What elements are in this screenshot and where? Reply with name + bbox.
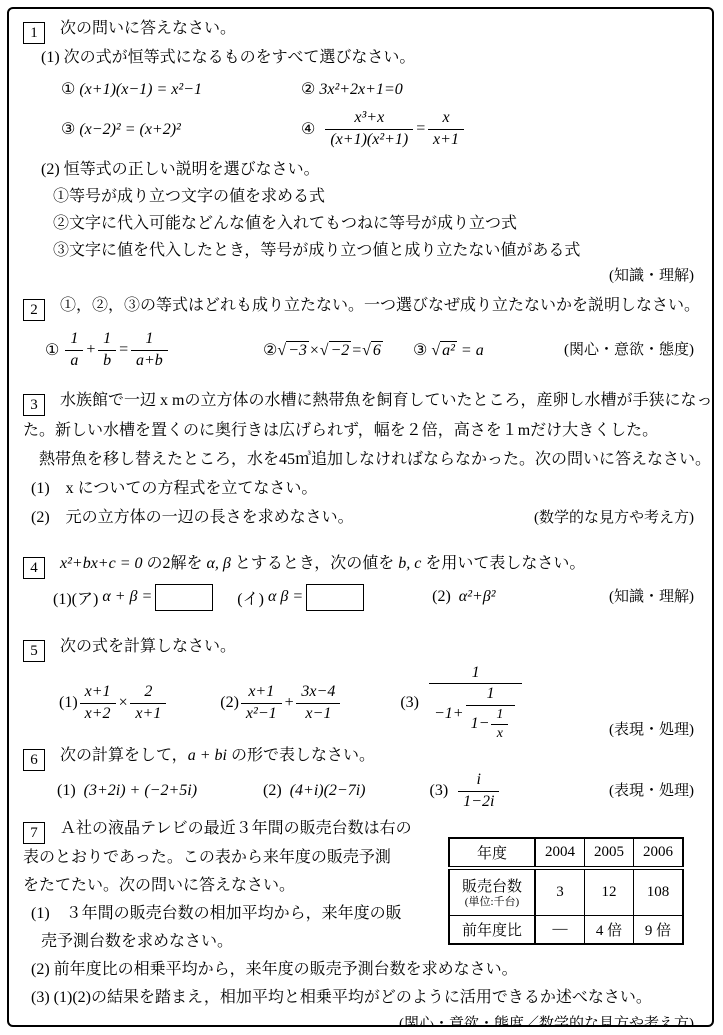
cell-2005-ratio: 4 倍 <box>585 916 634 945</box>
equation-5-3: (3) 1 −1+ 1 1− 1x <box>400 664 524 742</box>
problem-3-question-1: (1) x についての方程式を立てなさい。 <box>23 474 698 503</box>
problem-1-option-2: ②文字に代入可能などんな値を入れてもつねに等号が成り立つ式 <box>23 210 698 237</box>
table-header-2006: 2006 <box>634 838 684 868</box>
row-label-yoy-ratio: 前年度比 <box>449 916 535 945</box>
equation-2-2: ②√−3×√−2=√6 <box>263 340 413 360</box>
problem-5-title: 次の式を計算しなさい。 <box>60 638 236 655</box>
equation-1-1: ① (x+1)(x−1) = x²−1 <box>61 79 301 99</box>
problem-1-heading: 1 次の問いに答えなさい。 <box>23 15 698 44</box>
problem-2: 2 ①，②，③の等式はどれも成り立たない。一つ選びなぜ成り立たないかを説明しなさ… <box>23 292 698 377</box>
problem-3-question-2: (2) 元の立方体の一辺の長さを求めなさい。 <box>23 503 354 532</box>
grading-tag-3: (数学的な見方や考え方) <box>534 506 698 530</box>
problem-1-equation-row-1: ① (x+1)(x−1) = x²−1 ② 3x²+2x+1=0 <box>23 75 698 102</box>
problem-7-question-2: (2) 前年度比の相乗平均から，来年度の販売予測台数を求めなさい。 <box>23 956 698 984</box>
problem-7-question-3: (3) (1)(2)の結果を踏まえ，相加平均と相乗平均がどのように活用できるか述… <box>23 984 698 1012</box>
equation-2-1: ① 1a + 1b = 1a+b <box>45 330 263 370</box>
problem-5-heading: 5 次の式を計算しなさい。 <box>23 633 698 662</box>
problem-2-equation-row: ① 1a + 1b = 1a+b ②√−3×√−2=√6 ③ √a² = a (… <box>23 323 698 377</box>
row-label-units-sold: 販売台数 (単位:千台) <box>449 868 535 916</box>
grading-tag-6: (表現・処理) <box>609 779 698 803</box>
problem-3-question-2-row: (2) 元の立方体の一辺の長さを求めなさい。 (数学的な見方や考え方) <box>23 503 698 532</box>
problem-6-equation-row: (1) (3+2i) + (−2+5i) (2) (4+i)(2−7i) (3)… <box>23 771 698 811</box>
problem-2-number-box: 2 <box>23 299 45 321</box>
problem-2-heading: 2 ①，②，③の等式はどれも成り立たない。一つ選びなぜ成り立たないかを説明しなさ… <box>23 292 698 321</box>
cell-2006-ratio: 9 倍 <box>634 916 684 945</box>
table-row-yoy-ratio: 前年度比 ― 4 倍 9 倍 <box>449 916 683 945</box>
problem-4-answer-row: (1)(ア) α + β = (イ) α β = (2) α²+β² (知識・理… <box>23 579 698 615</box>
problem-6-heading: 6 次の計算をして，a + bi の形で表しなさい。 <box>23 742 698 771</box>
equation-5-2: (2) x+1x²−1 + 3x−4x−1 <box>220 683 342 723</box>
problem-1-option-3: ③文字に値を代入したとき，等号が成り立つ値と成り立たない値がある式 <box>23 237 698 264</box>
cell-2004-ratio: ― <box>535 916 585 945</box>
grading-tag-4: (知識・理解) <box>609 585 698 609</box>
equation-2-3: ③ √a² = a <box>413 340 484 360</box>
problem-3-line-2: た。新しい水槽を置くのに奥行きは広げられず，幅を２倍，高さを１mだけ大きくした。 <box>23 416 698 445</box>
table-header-2004: 2004 <box>535 838 585 868</box>
equation-1-3: ③ (x−2)² = (x+2)² <box>61 119 301 139</box>
answer-box-1 <box>155 584 213 611</box>
problem-6: 6 次の計算をして，a + bi の形で表しなさい。 (1) (3+2i) + … <box>23 742 698 811</box>
fraction-lhs: x³+x (x+1)(x²+1) <box>325 109 413 149</box>
grading-tag-7: (関心・意欲・態度／数学的な見方や考え方) <box>23 1012 698 1027</box>
equation-5-1: (1) x+1x+2 × 2x+1 <box>59 683 168 723</box>
fraction-rhs: x x+1 <box>428 109 464 149</box>
problem-1-equation-row-2: ③ (x−2)² = (x+2)² ④ x³+x (x+1)(x²+1) = x… <box>23 102 698 156</box>
grading-tag-2: (関心・意欲・態度) <box>564 338 698 362</box>
problem-5: 5 次の式を計算しなさい。 (1) x+1x+2 × 2x+1 (2) x+1x… <box>23 633 698 742</box>
equation-6-1: (1) (3+2i) + (−2+5i) <box>57 782 197 800</box>
problem-7-number-box: 7 <box>23 822 45 844</box>
problem-3-line-1: 水族館で一辺 x mの立方体の水槽に熱帯魚を飼育していたところ，産卵し水槽が手狭… <box>60 392 712 409</box>
worksheet-page: 1 次の問いに答えなさい。 (1) 次の式が恒等式になるものをすべて選びなさい。… <box>7 7 714 1027</box>
problem-3-line-3: 熱帯魚を移し替えたところ，水を45㎥追加しなければならなかった。次の問いに答えな… <box>23 445 698 474</box>
problem-4-heading: 4 x²+bx+c = 0 の2解を α, β とするとき，次の値を b, c … <box>23 550 698 579</box>
grading-tag-1: (知識・理解) <box>23 264 698 288</box>
sales-table: 年度 2004 2005 2006 販売台数 (単位:千台) 3 12 108 … <box>448 837 684 945</box>
problem-7-line-1: Ａ社の液晶テレビの最近３年間の販売台数は右の <box>60 820 412 837</box>
cell-2004-units: 3 <box>535 868 585 916</box>
problem-1-title: 次の問いに答えなさい。 <box>60 20 236 37</box>
problem-4-number-box: 4 <box>23 557 45 579</box>
cell-2006-units: 108 <box>634 868 684 916</box>
problem-4: 4 x²+bx+c = 0 の2解を α, β とするとき，次の値を b, c … <box>23 550 698 615</box>
problem-1-question-2: (2) 恒等式の正しい説明を選びなさい。 <box>23 156 698 183</box>
problem-6-number-box: 6 <box>23 749 45 771</box>
problem-1-number-box: 1 <box>23 22 45 44</box>
problem-3: 3 水族館で一辺 x mの立方体の水槽に熱帯魚を飼育していたところ，産卵し水槽が… <box>23 387 698 532</box>
table-header-2005: 2005 <box>585 838 634 868</box>
problem-3-heading: 3 水族館で一辺 x mの立方体の水槽に熱帯魚を飼育していたところ，産卵し水槽が… <box>23 387 698 416</box>
table-row-units-sold: 販売台数 (単位:千台) 3 12 108 <box>449 868 683 916</box>
problem-1-question-1: (1) 次の式が恒等式になるものをすべて選びなさい。 <box>23 44 698 71</box>
equation-6-2: (2) (4+i)(2−7i) <box>263 782 365 800</box>
equation-1-4: ④ x³+x (x+1)(x²+1) = x x+1 <box>301 109 466 149</box>
problem-1: 1 次の問いに答えなさい。 (1) 次の式が恒等式になるものをすべて選びなさい。… <box>23 15 698 288</box>
problem-2-title: ①，②，③の等式はどれも成り立たない。一つ選びなぜ成り立たないかを説明しなさい。 <box>60 297 700 314</box>
problem-7: 年度 2004 2005 2006 販売台数 (単位:千台) 3 12 108 … <box>23 815 698 1027</box>
nested-fraction: 1 −1+ 1 1− 1x <box>429 664 522 742</box>
problem-5-number-box: 5 <box>23 640 45 662</box>
answer-box-2 <box>306 584 364 611</box>
equation-6-3: (3) i1−2i <box>430 771 502 811</box>
problem-1-option-1: ①等号が成り立つ文字の値を求める式 <box>23 183 698 210</box>
table-header-row: 年度 2004 2005 2006 <box>449 838 683 868</box>
cell-2005-units: 12 <box>585 868 634 916</box>
row-label-unit-note: (単位:千台) <box>450 896 534 908</box>
table-header-year: 年度 <box>449 838 535 868</box>
problem-3-number-box: 3 <box>23 394 45 416</box>
equation-1-2: ② 3x²+2x+1=0 <box>301 79 403 99</box>
